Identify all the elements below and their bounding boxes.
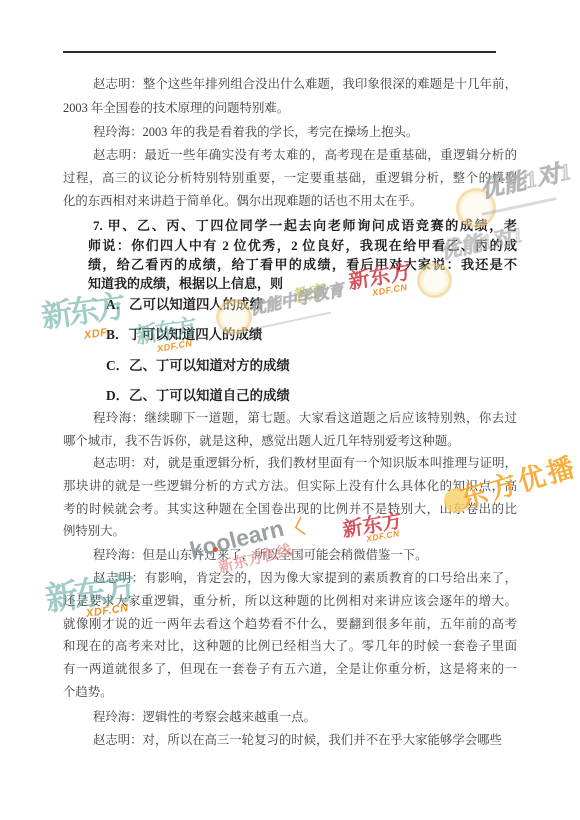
text-line: 例特别大。 xyxy=(63,523,125,540)
text-line: 赵志明：最近一些年确实没有考太难的，高考现在是重基础，重逻辑分析的 xyxy=(93,147,517,165)
text-line: 知道我的成绩，根据以上信息，则 xyxy=(88,275,283,292)
text-line: D．乙、丁可以知道自己的成绩 xyxy=(106,387,290,404)
text-line: 赵志明：对，所以在高三一轮复习的时候，我们并不在乎大家能够学会哪些 xyxy=(93,732,502,749)
text-line: A．乙可以知道四人的成绩 xyxy=(106,296,263,313)
text-line: 那块讲的就是一些逻辑分析的方式方法。但实际上没有什么具体化的知识点，高 xyxy=(63,478,517,496)
text-line: 7. 甲、乙、丙、丁四位同学一起去向老师询问成语竞赛的成绩，老 xyxy=(93,217,517,235)
text-line: 师说：你们四人中有 2 位优秀，2 位良好，我现在给甲看乙、丙的成 xyxy=(88,237,517,255)
text-line: 还是要求大家重逻辑，重分析，所以这种题的比例相对来讲应该会逐年的增大。 xyxy=(63,593,517,611)
text-line: 和现在的高考来对比，这种题的比例已经相当大了。零几年的时候一套卷子里面 xyxy=(63,638,517,656)
text-line: 赵志明：有影响，肯定会的，因为像大家提到的素质教育的口号给出来了， xyxy=(93,570,517,588)
text-line: 哪个城市，我不告诉你，就是这种，感觉出题人近几年特别爱考这种题。 xyxy=(63,433,460,450)
text-line: C．乙、丁可以知道对方的成绩 xyxy=(106,357,290,374)
watermark-xdf-red-lower-sub: XDF.CN xyxy=(365,528,400,544)
watermark-youneng-center-subline xyxy=(251,311,332,330)
text-line: B．丁可以知道四人的成绩 xyxy=(106,326,262,343)
text-line: 程玲海：逻辑性的考察会越来越重一点。 xyxy=(93,709,316,726)
text-line: 就像刚才说的近一两年去看这个趋势看不什么，要翻到很多年前，五年前的高考 xyxy=(63,616,517,634)
text-line: 绩，给乙看丙的成绩，给丁看甲的成绩，看后甲对大家说：我还是不 xyxy=(88,256,517,274)
text-line: 程玲海：2003 年的我是看着我的学长，考完在操场上抱头。 xyxy=(93,124,418,141)
text-line: 程玲海：继续聊下一道题，第七题。大家看这道题之后应该特别熟，你去过 xyxy=(93,410,517,428)
text-line: 个趋势。 xyxy=(63,684,113,701)
watermark-youneng-subline xyxy=(482,197,557,216)
document-page: 赵志明：整个这些年排列组合没出什么难题，我印象很深的难题是十几年前，2003 年… xyxy=(0,0,580,820)
text-line: 程玲海：但是山东并过来了，所以全国可能会稍微借鉴一下。 xyxy=(93,547,428,564)
text-line: 考的时候就会考。其实这种题在全国卷出现的比例并不是特别大，山东卷出的比 xyxy=(63,501,517,519)
text-line: 化的东西相对来讲趋于简单化。偶尔出现难题的话也不用太在乎。 xyxy=(63,193,422,210)
text-line: 过程，高三的议论分析特别特别重要，一定要重基础，重逻辑分析，整个的模型 xyxy=(63,170,517,188)
text-line: 有一两道就很多了，但现在一套卷子有五六道，全是让你重分析，这是将来的一 xyxy=(63,661,517,679)
watermark-youneng-center-accent: 教育 xyxy=(291,276,329,308)
text-line: 2003 年全国卷的技术原理的问题特别难。 xyxy=(63,100,289,117)
answer-blank-line xyxy=(63,51,496,53)
text-line: 赵志明：整个这些年排列组合没出什么难题，我印象很深的难题是十几年前， xyxy=(93,76,517,94)
watermark-xdf-red-upper-sub: XDF.CN xyxy=(371,282,408,298)
text-line: 赵志明：对，就是重逻辑分析，我们教材里面有一个知识版本叫推理与证明， xyxy=(93,455,517,473)
